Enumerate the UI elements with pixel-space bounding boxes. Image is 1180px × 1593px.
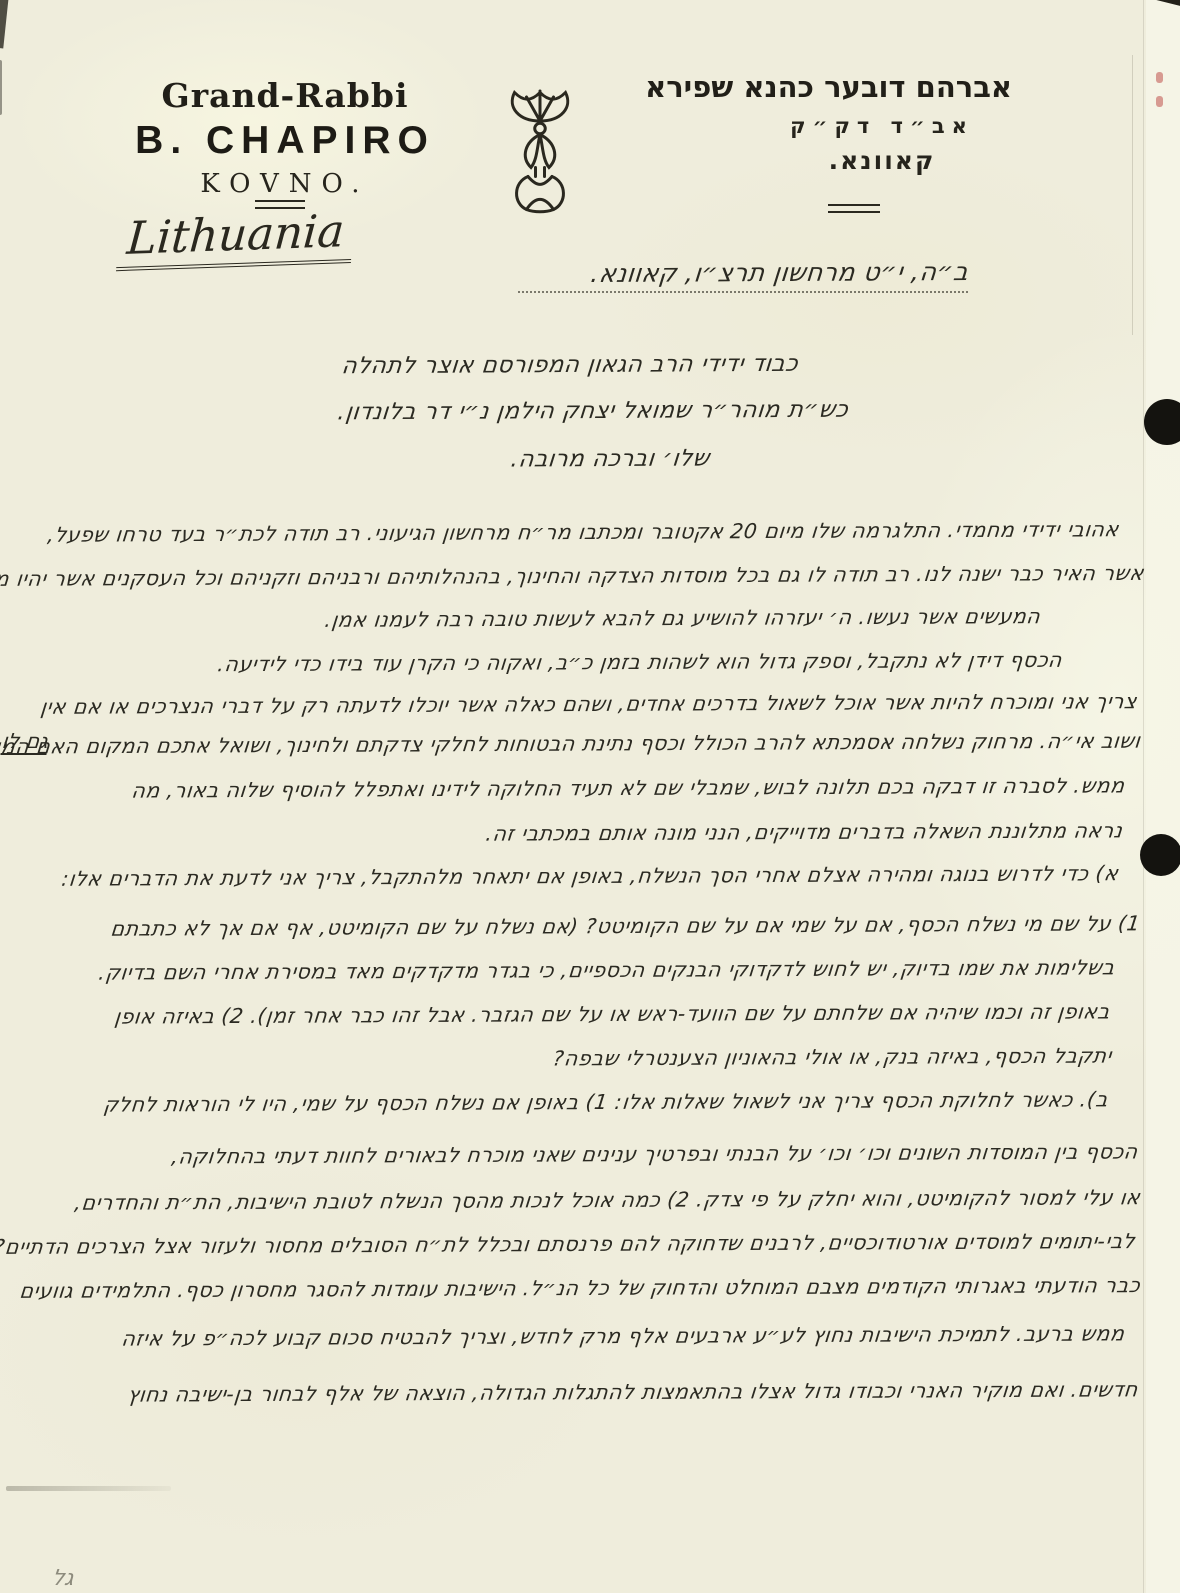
scan-corner-artifact [0,0,9,48]
handwriting-line: הכסף בין המוסדות השונים וכו׳ וכו׳ על הבנ… [171,1137,1140,1170]
handwriting-line: צריך אני ומוכרח להיות אשר אוכל לשאול בדר… [39,687,1138,721]
scan-edge-artifact [0,60,2,115]
handwriting-line: אשר האיר כבר ישנה לנו. רב תודה לו גם בכל… [0,559,1146,593]
letterhead-hebrew-name: אברהם דובער כהנא שפירא [752,70,1012,104]
salutation-line: כבוד ידידי הרב הגאון המפורסם אוצר לתהלה [340,351,799,379]
scan-speck [1156,72,1163,83]
handwriting-line: הכסף דידן לא נתקבל, וספק גדול הוא לשהות … [216,646,1064,678]
handwriting-line: כבר הודעתי באגרותי הקודמים מצבם המוחלט ו… [18,1271,1142,1305]
handwriting-line: באופן זה וכמו שיהיה אם שלחתם על שם הוועד… [113,997,1111,1030]
handwriting-line: חדשים. ואם מוקיר האנרי וכבודו גדול אצלו … [126,1375,1140,1408]
ink-smudge [6,1486,171,1491]
handwriting-line: או עלי למסור להקומיטט, והוא יחלק על פי צ… [73,1183,1142,1217]
handwriting-line: ב). כאשר לחלוקת הכסף צריך אני לשאול שאלו… [102,1085,1110,1118]
scan-corner-artifact [1149,0,1180,9]
margin-note-underlined: גם לו [0,729,49,755]
handwriting-line: בשלימות את שמו בדיוק, יש לחוש לדקדוקי הב… [97,953,1116,986]
punch-hole [1140,834,1180,876]
letterhead-title: Grand-Rabbi [130,76,440,115]
double-rule [828,204,880,213]
letterhead-city: KOVNO. [130,169,440,199]
salutation-line: כש״ת מוהר״ר שמואל יצחק הילמן נ״י דר בלונ… [336,397,850,426]
date-dotted-line [518,291,968,293]
handwriting-line: ממש. לסברה זו דבקה בכם תלונה לבוש, שמבלי… [130,771,1126,804]
handwriting-line: 1) על שם מי נשלח הכסף, אם על שמי אם על ש… [109,909,1142,942]
bottom-stray-mark: גל [50,1566,75,1591]
page-crease-line [1143,0,1144,1593]
handwriting-line: אהובי ידידי מחמדי. התלגרמה שלו מיום 20 א… [46,515,1120,549]
letterhead-hebrew: אברהם דובער כהנא שפירא אב״ד דק״ק קאוונא. [752,70,1012,175]
country-handwritten: Lithuania [116,204,355,271]
handwriting-line: יתקבל הכסף, באיזה בנק, או אולי בהאוניון … [552,1042,1114,1073]
salutation-line: שלו׳ וברכה מרובה. [510,445,712,472]
date-handwritten: ב״ה, י״ט מרחשון תרצ״ו, קאוונא. [589,257,970,288]
scanned-letter-page: Grand-Rabbi B. CHAPIRO KOVNO. Lithuania … [0,0,1180,1593]
handwriting-line: ממש ברעב. לתמיכת הישיבות נחוץ לע״ע ארבעי… [120,1319,1126,1352]
handwriting-line: א) כדי לדרוש בנוגה ומהירה אצלם אחרי הסך … [60,859,1120,893]
handwriting-line: ושוב אי״ה. מרחוק נשלחה אסמכתא להרב הכולל… [0,727,1142,762]
letterhead-hebrew-city: קאוונא. [752,146,1012,175]
art-nouveau-flower-icon [492,82,588,221]
scan-speck [1156,96,1163,107]
handwriting-line: לבי-יתומים למוסדים אורטודוכסיים, לרבנים … [0,1227,1137,1261]
page-crease-line [1132,55,1133,335]
letterhead-name: B. CHAPIRO [130,119,440,163]
letterhead-latin: Grand-Rabbi B. CHAPIRO KOVNO. [130,76,440,199]
handwriting-line: המעשים אשר נעשו. ה׳ יעזרהו להושיע גם להב… [323,602,1042,634]
handwriting-line: נראה מתלוננת השאלה בדברים מדוייקים, הנני… [484,816,1124,847]
punch-hole [1144,399,1180,445]
letterhead-hebrew-title: אב״ד דק״ק [752,114,1012,138]
